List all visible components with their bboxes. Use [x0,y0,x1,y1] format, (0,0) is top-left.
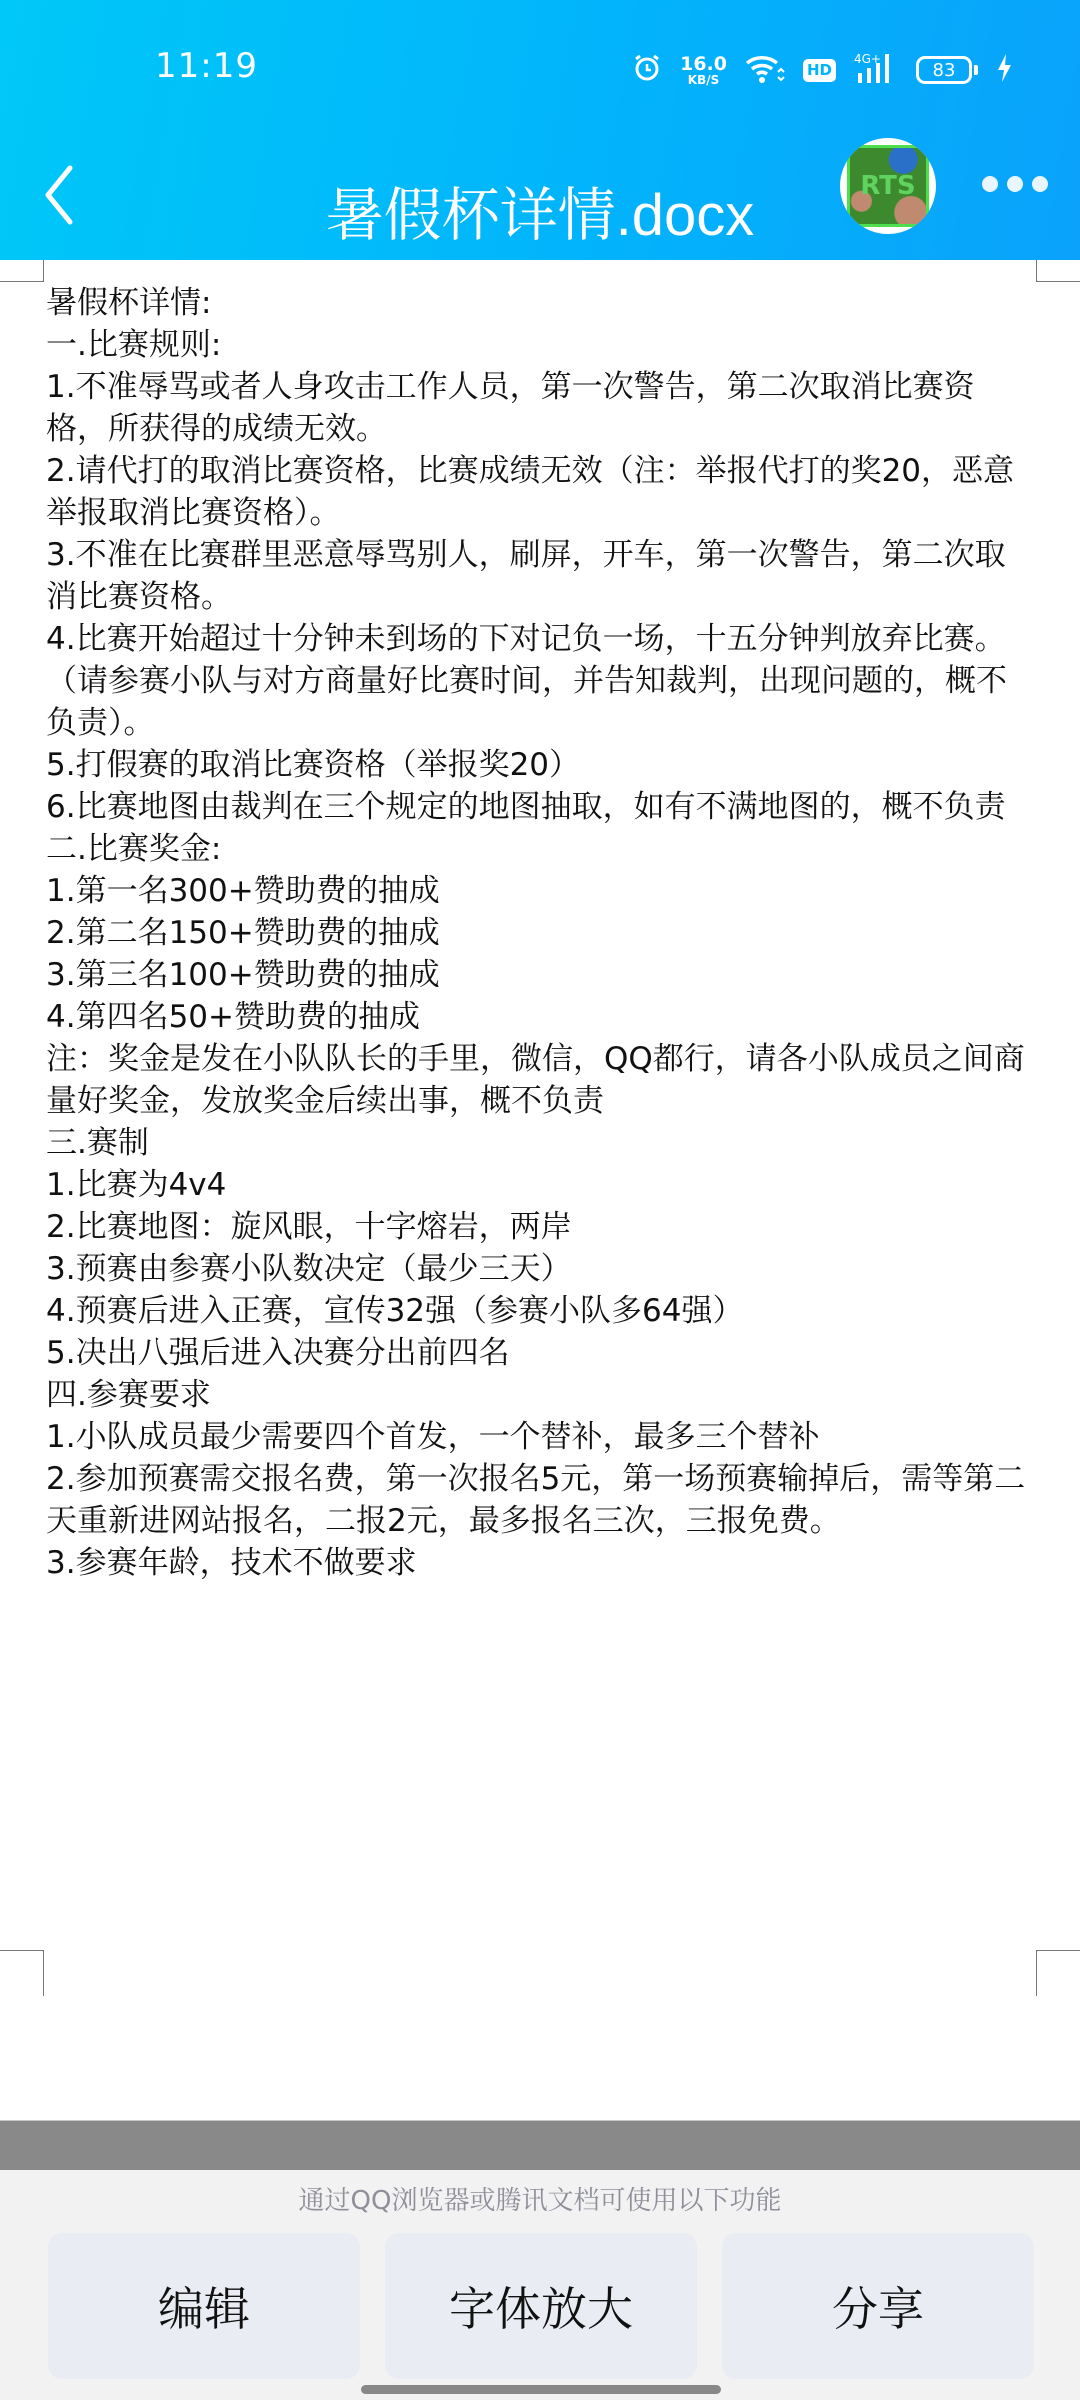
doc-line: 4.预赛后进入正赛，宣传32强（参赛小队多64强） [46,1290,1036,1332]
alarm-icon [632,53,662,87]
action-buttons: 编辑 字体放大 分享 [48,2233,1034,2379]
signal-icon: 4G+ [854,51,898,89]
doc-line: 1.小队成员最少需要四个首发，一个替补，最多三个替补 [46,1416,1036,1458]
more-dots-icon [982,176,998,192]
doc-line: 2.参加预赛需交报名费，第一次报名5元，第一场预赛输掉后，需等第二天重新进网站报… [46,1458,1036,1542]
edit-button[interactable]: 编辑 [48,2233,360,2379]
feature-hint: 通过QQ浏览器或腾讯文档可使用以下功能 [0,2180,1080,2217]
doc-line: 1.第一名300+赞助费的抽成 [46,870,1036,912]
document-body: 暑假杯详情: 一.比赛规则: 1.不准辱骂或者人身攻击工作人员，第一次警告，第二… [46,282,1036,1584]
battery-icon: 83 [916,56,978,84]
doc-line: 4.比赛开始超过十分钟未到场的下对记负一场，十五分钟判放弃比赛。（请参赛小队与对… [46,618,1036,744]
speed-unit: KB/S [688,74,719,86]
doc-line: 3.不准在比赛群里恶意辱骂别人，刷屏，开车，第一次警告，第二次取消比赛资格。 [46,534,1036,618]
doc-line: 6.比赛地图由裁判在三个规定的地图抽取，如有不满地图的，概不负责 [46,786,1036,828]
doc-line: 2.第二名150+赞助费的抽成 [46,912,1036,954]
doc-line: 2.请代打的取消比赛资格，比赛成绩无效（注：举报代打的奖20，恶意举报取消比赛资… [46,450,1036,534]
section-heading: 二.比赛奖金: [46,828,1036,870]
doc-line: 3.第三名100+赞助费的抽成 [46,954,1036,996]
doc-line: 3.参赛年龄，技术不做要求 [46,1542,1036,1584]
more-button[interactable] [982,176,1048,192]
status-bar: 11:19 16.0 KB/S HD 4G+ 83 [0,0,1080,130]
avatar-image: RTS [847,145,929,227]
charging-icon [996,53,1012,87]
status-icons: 16.0 KB/S HD 4G+ 83 [632,50,1012,90]
bottom-action-panel: 通过QQ浏览器或腾讯文档可使用以下功能 编辑 字体放大 分享 [0,2170,1080,2400]
wifi-icon [745,52,785,88]
page-corner-mark [0,1950,44,1996]
page-corner-mark [1036,1950,1080,1996]
nav-bar: 暑假杯详情.docx RTS [0,130,1080,260]
page-corner-mark [0,260,44,282]
doc-line: 2.比赛地图：旋风眼，十字熔岩，两岸 [46,1206,1036,1248]
share-button[interactable]: 分享 [722,2233,1034,2379]
app-header: 11:19 16.0 KB/S HD 4G+ 83 [0,0,1080,260]
status-time: 11:19 [155,46,258,86]
doc-line: 1.不准辱骂或者人身攻击工作人员，第一次警告，第二次取消比赛资格，所获得的成绩无… [46,366,1036,450]
section-heading: 三.赛制 [46,1122,1036,1164]
hd-icon: HD [803,59,836,82]
section-heading: 四.参赛要求 [46,1374,1036,1416]
network-speed: 16.0 KB/S [680,55,727,86]
doc-line: 4.第四名50+赞助费的抽成 [46,996,1036,1038]
doc-line: 5.打假赛的取消比赛资格（举报奖20） [46,744,1036,786]
home-indicator[interactable] [361,2385,721,2394]
doc-line: 1.比赛为4v4 [46,1164,1036,1206]
document-page[interactable]: 暑假杯详情: 一.比赛规则: 1.不准辱骂或者人身攻击工作人员，第一次警告，第二… [0,260,1080,2120]
section-heading: 一.比赛规则: [46,324,1036,366]
avatar[interactable]: RTS [840,138,936,234]
doc-line: 5.决出八强后进入决赛分出前四名 [46,1332,1036,1374]
page-corner-mark [1036,260,1080,282]
doc-line: 3.预赛由参赛小队数决定（最少三天） [46,1248,1036,1290]
speed-value: 16.0 [680,55,727,74]
doc-line: 注：奖金是发在小队队长的手里，微信，QQ都行，请各小队成员之间商量好奖金，发放奖… [46,1038,1036,1122]
doc-title: 暑假杯详情: [46,282,1036,324]
page-separator [0,2120,1080,2170]
battery-level: 83 [916,56,972,84]
enlarge-font-button[interactable]: 字体放大 [385,2233,697,2379]
